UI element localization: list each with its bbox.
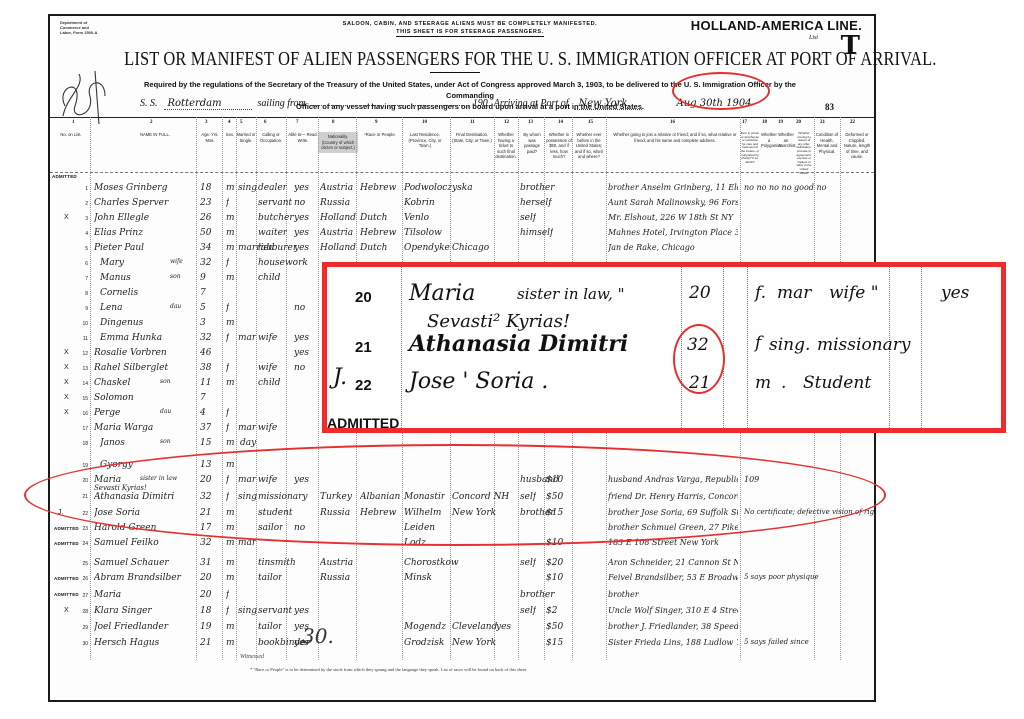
col-num-17: 17 [742,120,747,125]
col-head-polygamist: Whether a Polygamist. [761,132,777,149]
table-row: 2 Charles Sperver 23 f servant no Russia… [50,196,874,211]
col-num-6: 6 [264,120,267,125]
passenger-age: 26 [200,213,211,223]
col-head-before-us: Whether ever before in the United States… [574,132,604,160]
passenger-name: John Ellegle [94,213,194,223]
passenger-name: Manus [100,273,131,283]
row-mark: J. [333,365,347,390]
passenger-age: 50 [200,228,211,238]
passenger-relation: son [160,438,171,445]
passenger-relative: brother [608,590,639,599]
passenger-age: 32 [200,333,211,343]
passenger-sex: f [226,408,229,418]
passenger-status: . [781,373,786,393]
age-highlight-circle [673,324,725,394]
passenger-occupation: Student [803,373,871,393]
passenger-age: 18 [200,606,211,616]
passenger-sex: f [226,606,229,616]
passenger-read: yes [294,228,309,238]
passenger-money: $2 [546,606,557,616]
row-number: 5 [78,246,88,252]
header-rule [50,117,874,118]
passenger-occupation: wife [258,333,277,343]
rows-highlight-ellipse [24,444,886,546]
col-num-19: 19 [778,120,783,125]
passenger-residence: Tilsolow [404,228,442,238]
passenger-status: sing. [769,335,810,355]
passenger-occupation: wife " [829,283,879,303]
col-num-11: 11 [470,120,475,125]
arriving-label: Arriving at Port of [494,98,569,109]
passenger-residence: Grodzisk [404,638,444,648]
passenger-sex: m [226,183,235,193]
passenger-relative: Feivel Brandsilber, 53 E Broadway New Yo… [608,573,738,582]
passenger-remarks: 5 says failed since [744,638,874,646]
notice-line-1: SALOON, CABIN, AND STEERAGE ALIENS MUST … [310,20,630,28]
passenger-race: Dutch [360,213,387,223]
col-head-nationality: Nationality. (Country of which citizen o… [318,132,358,153]
row-number: 3 [78,216,88,222]
col-num-2: 2 [150,120,153,125]
passenger-sex: f [226,258,229,268]
table-row: X 3 John Ellegle 26 m butcher yes Hollan… [50,211,874,226]
passenger-age: 20 [200,590,211,600]
col-head-race: *Race or People. [360,132,400,138]
list-label: List [809,35,818,41]
passenger-sex: f [226,333,229,343]
page-title: LIST OR MANIFEST OF ALIEN PASSENGERS FOR… [124,48,800,71]
passenger-name: Solomon [94,393,134,403]
passenger-name: Chaskel [94,378,130,388]
col-num-9: 9 [375,120,378,125]
top-notice: SALOON, CABIN, AND STEERAGE ALIENS MUST … [310,20,630,37]
magnifier-row: Sevasti² Kyrias! 21 Athanasia Dimitri 32… [327,317,1001,367]
row-number: 8 [78,291,88,297]
passenger-read: yes [294,183,309,193]
table-row: 27 Maria 20 f brother brother [50,588,874,603]
passenger-age: 4 [200,408,206,418]
form-number: Department of Commerce and Labor, Form 1… [60,20,100,35]
passenger-sex: f [226,423,229,433]
table-row: 4 Elias Prinz 50 m waiter yes Austria He… [50,226,874,241]
passenger-occupation: day [240,438,256,448]
passenger-read: yes [294,348,309,358]
row-number: 21 [355,339,372,356]
passenger-name: Pieter Paul [94,243,194,253]
passenger-age: 34 [200,243,211,253]
title-rule [430,72,480,73]
passenger-occupation: wife [258,423,277,433]
passenger-sex: f. [755,283,766,303]
passenger-paid-by: brother [520,183,555,193]
row-number: 16 [78,411,88,417]
sailing-label: sailing from [258,98,306,109]
col-head-sex: Sex. [224,132,236,138]
col-head-paid: By whom was passage paid? [520,132,544,154]
passenger-paid-by: herself [520,198,552,208]
passenger-age: 21 [200,638,211,648]
row-mark: X [64,349,69,356]
row-number: 18 [78,441,88,447]
passenger-status: mar [777,283,811,303]
passenger-status: mar [238,333,256,343]
col-num-14: 14 [558,120,563,125]
col-num-16: 16 [670,120,675,125]
row-number: 28 [78,609,88,615]
passenger-sex: m [755,373,771,393]
passenger-relative: Aunt Sarah Malinowsky, 96 Forsyth St NY [608,198,738,207]
admitted-stamp: ADMITTED [52,174,77,179]
passenger-occupation: housework [258,258,308,268]
passenger-status: sing [238,183,257,193]
col-head-read-write: Able to— Read. Write. [288,132,318,143]
passenger-read: yes [294,333,309,343]
passenger-ticket: yes [496,622,511,632]
col-num-8: 8 [332,120,335,125]
passenger-sex: f [226,590,229,600]
passenger-sex: m [226,228,235,238]
passenger-age: 3 [200,318,206,328]
row-number: 15 [78,396,88,402]
passenger-residence: Chorostkow [404,558,459,568]
passenger-relative: Jan de Rake, Chicago [608,243,738,252]
col-head-age: Age. Yrs. Mos. [198,132,222,143]
table-row: 30 Hersch Hagus 21 m bookbinder yes Grod… [50,636,874,651]
passenger-age: 7 [200,393,206,403]
row-number: 7 [78,276,88,282]
row-mark: X [64,607,69,614]
col-head-name: NAME IN FULL. [120,132,190,138]
col-num-15: 15 [588,120,593,125]
shipping-line-name: HOLLAND-AMERICA LINE. [691,18,862,33]
row-number: 25 [78,561,88,567]
passenger-paid-by: brother [520,590,555,600]
passenger-age: 46 [200,348,211,358]
col-head-money: Whether in possession of $50, and if les… [546,132,572,160]
table-row: 26 Abram Brandsilber 20 m tailor Russia … [50,571,874,586]
passenger-age: 18 [200,183,211,193]
row-number: 27 [78,593,88,599]
passenger-name: Klara Singer [94,606,152,616]
row-number: 22 [355,377,372,394]
passenger-age: 5 [200,303,206,313]
passenger-money: $15 [546,638,563,648]
page-number: 83 [825,102,834,112]
passenger-remarks: 5 says poor physique [744,573,874,581]
passenger-age: 32 [200,538,211,548]
year-prefix: , 190 [468,98,488,109]
col-head-married: Married or Single. [236,132,256,143]
passenger-age: 23 [200,198,211,208]
passenger-read: yes [941,283,969,303]
row-number: 23 [78,526,88,532]
row-number: 29 [78,625,88,631]
passenger-relation: wife [170,258,183,265]
row-number: 26 [78,576,88,582]
passenger-sex: m [226,213,235,223]
passenger-name: Rahel Silberglet [94,363,194,373]
passenger-residence: Opendyke [404,243,450,253]
col-head-deformed: Deformed or Crippled. Nature, length of … [842,132,872,160]
passenger-remarks: no no no no good no [744,183,874,192]
magnifier-callout: 20 Maria sister in law, " 20 f. mar wife… [322,262,1006,433]
passenger-age: 15 [200,438,211,448]
passenger-read: yes [294,243,309,253]
passenger-relation: son [160,378,171,385]
row-number: 13 [78,366,88,372]
passenger-sex: m [226,378,235,388]
passenger-age: 19 [200,622,211,632]
col-num-5: 5 [240,120,243,125]
passenger-sex: f [755,333,761,353]
passenger-name: Elias Prinz [94,228,194,238]
passenger-name: Samuel Schauer [94,558,169,568]
table-row: 29 Joel Friedlander 19 m tailor yes Moge… [50,620,874,635]
passenger-relative: Uncle Wolf Singer, 310 E 4 Street New Yo… [608,606,738,615]
passenger-relation: dau [160,408,171,415]
arrival-port: New York [574,98,642,110]
col-head-destination: Final Destination. (State, City, or Town… [452,132,492,143]
passenger-name: Mary [100,258,124,268]
col-num-7: 7 [296,120,299,125]
row-number: 17 [78,426,88,432]
passenger-occupation: dealer [258,183,287,193]
ss-label: S. S. [140,98,158,109]
passenger-sex: m [226,243,235,253]
passenger-residence: Minsk [404,573,432,583]
passenger-name: Maria Warga [94,423,194,433]
passenger-nationality: Russia [320,198,350,208]
passenger-relative: Aron Schneider, 21 Cannon St New York [608,558,738,567]
col-num-21: 21 [820,120,825,125]
passenger-age: 32 [200,258,211,268]
row-number: 11 [78,336,88,342]
row-number: 2 [78,201,88,207]
passenger-occupation: missionary [817,335,911,355]
passenger-occupation: servant [258,606,292,616]
passenger-name: Athanasia Dimitri [409,331,628,357]
sailing-from-blank [312,105,462,106]
passenger-occupation: servant [258,198,292,208]
col-head-prison: Ever in prison or almshouse or instituti… [740,132,760,164]
passenger-sex: f [226,363,229,373]
col-num-12: 12 [504,120,509,125]
passenger-name: Lena [100,303,122,313]
passenger-nationality: Holland [320,213,356,223]
passenger-sex: m [226,438,235,448]
row-mark: X [64,364,69,371]
passenger-occupation: labourer [258,243,297,253]
passenger-read: no [294,363,305,373]
header-bottom-rule [50,172,874,173]
col-head-health: Condition of Health, Mental and Physical… [814,132,840,154]
col-num-10: 10 [422,120,427,125]
passenger-residence: Venlo [404,213,429,223]
col-head-no: No. on List. [58,132,84,138]
passenger-paid-by: himself [520,228,553,238]
passenger-name: Cornelis [100,288,138,298]
passenger-sex: m [226,558,235,568]
col-num-4: 4 [228,120,231,125]
passenger-occupation: butcher [258,213,294,223]
passenger-read: yes [294,213,309,223]
passenger-residence: Kobrin [404,198,435,208]
passenger-sex: m [226,318,235,328]
passenger-paid-by: self [520,558,536,568]
row-mark: X [64,394,69,401]
table-row: X 28 Klara Singer 18 f sing servant yes … [50,604,874,619]
passenger-name: Janos [100,438,125,448]
row-number: 4 [78,231,88,237]
col-head-relative: Whether going to join a relative or frie… [610,132,740,143]
passenger-age: 9 [200,273,206,283]
row-number: 14 [78,381,88,387]
row-number: 10 [78,321,88,327]
passenger-nationality: Austria [320,558,353,568]
passenger-age: 7 [200,288,206,298]
passenger-occupation: tailor [258,573,282,583]
passenger-destination: Chicago [452,243,489,253]
passenger-residence: Mogendz [404,622,446,632]
col-num-3: 3 [205,120,208,125]
passenger-name: Hersch Hagus [94,638,159,648]
col-num-1: 1 [72,120,75,125]
table-row: 25 Samuel Schauer 31 m tinsmith Austria … [50,556,874,571]
col-num-13: 13 [528,120,533,125]
passenger-nationality: Austria [320,228,353,238]
passenger-annotation: Sevasti² Kyrias! [427,311,570,332]
passenger-read: yes [294,606,309,616]
passenger-race: Dutch [360,243,387,253]
magnifier-row: J. 22 Jose ' Soria . 21 m . Student [327,367,1001,407]
passenger-name: Rosalie Vorbren [94,348,194,358]
ship-name: Rotterdam [164,98,252,110]
col-head-ticket: Whether having a ticket to such final de… [494,132,518,160]
passenger-occupation: child [258,273,280,283]
row-number: 24 [78,541,88,547]
passenger-relative: Sister Frieda Lins, 188 Ludlow 785 4th N… [608,638,738,647]
passenger-sex: m [226,538,235,548]
passenger-money: $50 [546,622,563,632]
row-number: 12 [78,351,88,357]
col-num-20: 20 [796,120,801,125]
passenger-paid-by: self [520,606,536,616]
passenger-name: Joel Friedlander [94,622,198,632]
passenger-sex: m [226,573,235,583]
row-number: 9 [78,306,88,312]
row-mark: X [64,214,69,221]
passenger-occupation: tailor [258,622,282,632]
col-head-anarchist: Whether an Anarchist. [778,132,794,149]
passenger-sex: f [226,303,229,313]
passenger-age: 20 [689,283,711,303]
passenger-name: Jose ' Soria . [409,369,548,394]
passenger-occupation: child [258,378,280,388]
passenger-sex: m [226,622,235,632]
passenger-paid-by: self [520,213,536,223]
passenger-relation: sister in law, " [517,285,625,303]
passenger-name: Perge [94,408,120,418]
passenger-age: 31 [200,558,211,568]
passenger-name: Charles Sperver [94,198,194,208]
passenger-sex: m [226,638,235,648]
table-row: 5 Pieter Paul 34 m married labourer yes … [50,241,874,256]
passenger-race: Hebrew [360,228,396,238]
passenger-relative: Mr. Elshout, 226 W 18th St NY [608,213,738,222]
passenger-occupation: tinsmith [258,558,296,568]
passenger-read: no [294,303,305,313]
col-head-occupation: Calling or Occupation. [256,132,286,143]
passenger-relation: dau [170,303,181,310]
passenger-destination: New York [452,638,496,648]
passenger-name: Samuel Feilko [94,538,159,548]
passenger-age: 11 [200,378,211,388]
col-num-22: 22 [850,120,855,125]
passenger-age: 38 [200,363,211,373]
col-head-last-residence: Last Residence. (Province, City, or Town… [405,132,445,149]
passenger-relative: Mahnes Hotel, Irvington Place 3 NY [608,228,738,237]
admitted-stamp: ADMITTED [327,415,399,431]
passenger-residence: Podwoloczyska [404,183,494,193]
column-numbers: 1 2 3 4 5 6 7 8 9 10 11 12 13 14 15 16 1… [50,120,874,130]
footnote: * "Race or People" is to be determined b… [250,667,527,672]
passenger-sex: m [226,273,235,283]
table-row: 1 Moses Grinberg 18 m sing dealer yes Au… [50,181,874,196]
passenger-money: $10 [546,573,563,583]
col-num-18: 18 [762,120,767,125]
notice-line-2: THIS SHEET IS FOR STEERAGE PASSENGERS. [396,28,544,37]
passenger-name: Maria [409,281,475,306]
passenger-status: mar [238,423,256,433]
passenger-nationality: Russia [320,573,350,583]
passenger-relation: son [170,273,181,280]
passenger-destination: Cleveland [452,622,497,632]
passenger-age: 20 [200,573,211,583]
passenger-read: no [294,198,305,208]
date-highlight-ellipse [672,72,770,110]
row-number: 6 [78,261,88,267]
passenger-nationality: Austria [320,183,353,193]
col-head-labor-offer: Whether coming by reason of any offer, s… [795,132,813,175]
passenger-sex: f [226,198,229,208]
passenger-status: sing [238,606,257,616]
passenger-name: Moses Grinberg [94,183,194,193]
row-number: 1 [78,186,88,192]
row-mark: X [64,379,69,386]
row-number: 30 [78,641,88,647]
passenger-relative: brother J. Friedlander, 38 Speed Ave Cle… [608,622,738,631]
passenger-name: Dingenus [100,318,143,328]
row-number: 20 [355,289,372,306]
passenger-occupation: waiter [258,228,287,238]
passenger-nationality: Holland [320,243,356,253]
row-mark: X [64,409,69,416]
passenger-age: 37 [200,423,211,433]
passenger-name: Abram Brandsilber [94,573,198,583]
signature: Witnessed [240,654,264,660]
passenger-name: Emma Hunka [100,333,196,343]
passenger-occupation: wife [258,363,277,373]
passenger-relative: brother Anselm Grinberg, 11 Eldridge St … [608,183,738,192]
passenger-race: Hebrew [360,183,396,193]
handwritten-30: 30. [302,624,334,648]
passenger-name: Maria [94,590,121,600]
passenger-money: $20 [546,558,563,568]
